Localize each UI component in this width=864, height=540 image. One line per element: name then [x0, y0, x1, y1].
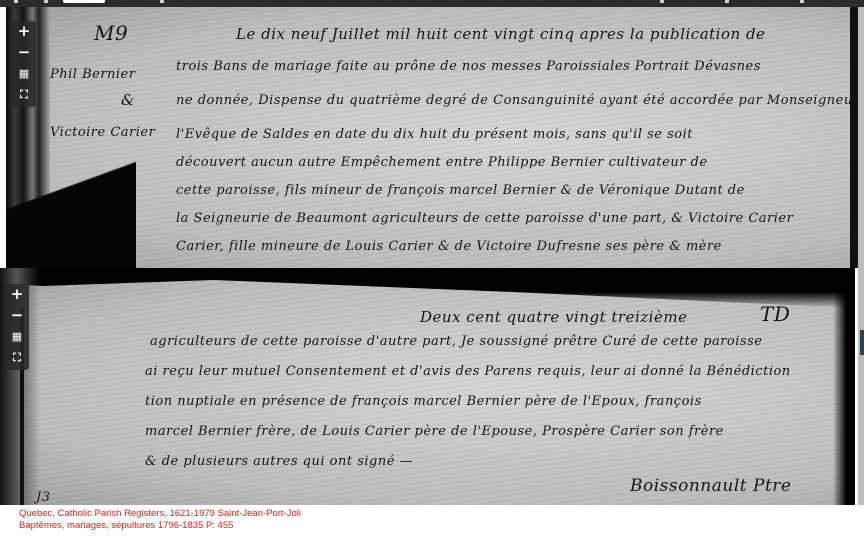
fullscreen-button[interactable]: ⛶: [5, 347, 29, 368]
fullscreen-button[interactable]: ⛶: [12, 84, 36, 105]
record-line: tion nuptiale en présence de françois ma…: [145, 394, 702, 409]
grid-view-button[interactable]: ▦: [5, 326, 29, 347]
record-line: Carier, fille mineure de Louis Carier & …: [176, 239, 722, 254]
entry-number: M9: [94, 21, 128, 45]
record-line: trois Bans de mariage faite au prône de …: [176, 59, 761, 74]
next-entry-number: J3: [36, 490, 50, 505]
record-line: ne donnée, Dispense du quatrième degré d…: [176, 93, 858, 108]
record-line: agriculteurs de cette paroisse d'autre p…: [150, 334, 762, 349]
page-header-number: Deux cent quatre vingt treizième: [420, 308, 687, 326]
margin-bride-name: Victoire Carier: [50, 125, 155, 140]
zoom-in-button[interactable]: +: [5, 284, 29, 305]
image-viewer-bottom[interactable]: Deux cent quatre vingt treizième TD agri…: [0, 268, 855, 505]
zoom-out-button[interactable]: −: [5, 305, 29, 326]
toolbar-icon[interactable]: [14, 0, 18, 3]
record-line: cette paroisse, fils mineur de françois …: [176, 183, 745, 198]
record-line: la Seigneurie de Beaumont agriculteurs d…: [176, 211, 793, 226]
toolbar-icon[interactable]: [660, 0, 664, 3]
citation-collection: Quebec, Catholic Parish Registers, 1621-…: [19, 508, 301, 520]
page-mark: TD: [760, 302, 790, 326]
margin-groom-name: Phil Bernier: [50, 67, 135, 82]
zoom-in-button[interactable]: +: [12, 21, 36, 42]
zoom-out-button[interactable]: −: [12, 42, 36, 63]
record-line: & de plusieurs autres qui ont signé —: [145, 454, 413, 469]
toolbar-icon[interactable]: [800, 0, 804, 3]
citation-volume-page: Baptêmes, mariages, sépultures 1796-1835…: [19, 520, 301, 532]
toolbar-page-field[interactable]: [63, 0, 105, 3]
image-viewer-top[interactable]: M9 Phil Bernier & Victoire Carier Le dix…: [6, 7, 858, 268]
toolbar-icon[interactable]: [44, 0, 48, 3]
page-edge: [850, 7, 858, 268]
scrollbar-track[interactable]: [858, 7, 864, 505]
scrollbar-thumb[interactable]: [860, 330, 864, 355]
priest-signature: Boissonnault Ptre: [630, 476, 791, 496]
page-shadow: [6, 137, 136, 268]
register-page-image: [0, 268, 855, 505]
zoom-controls: + − ▦ ⛶: [5, 284, 29, 370]
record-line: marcel Bernier frère, de Louis Carier pè…: [145, 424, 724, 439]
record-line: découvert aucun autre Empêchement entre …: [176, 155, 708, 170]
record-line: Le dix neuf Juillet mil huit cent vingt …: [236, 25, 765, 43]
record-line: l'Evêque de Saldes en date du dix huit d…: [176, 127, 693, 142]
zoom-controls: + − ▦ ⛶: [12, 21, 36, 107]
grid-view-button[interactable]: ▦: [12, 63, 36, 84]
toolbar-icon[interactable]: [725, 0, 729, 3]
margin-ampersand: &: [121, 91, 135, 109]
page-edge: [833, 268, 855, 505]
record-line: ai reçu leur mutuel Consentement et d'av…: [145, 364, 791, 379]
record-citation: Quebec, Catholic Parish Registers, 1621-…: [19, 508, 301, 532]
top-toolbar: [0, 0, 864, 7]
toolbar-icon[interactable]: [160, 0, 164, 3]
